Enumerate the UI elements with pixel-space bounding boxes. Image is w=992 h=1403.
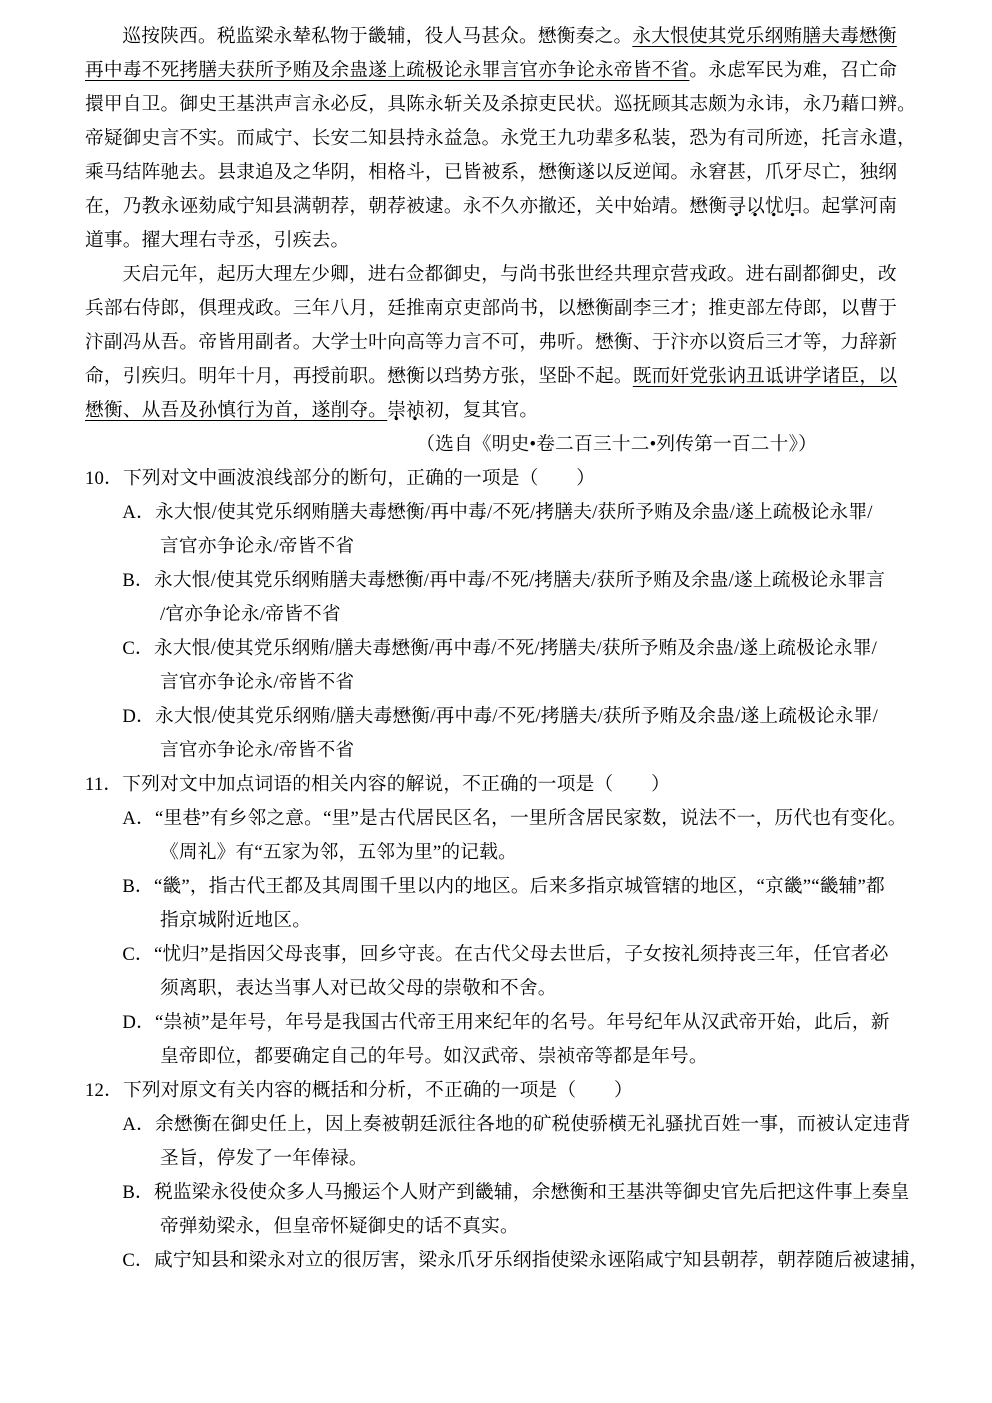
option-label: D． (122, 1012, 155, 1033)
document-page: 巡按陕西。税监梁永辇私物于畿辅，役人马甚众。懋衡奏之。永大恨使其党乐纲贿膳夫毒懋… (0, 0, 992, 1278)
q10-option-c: C．永大恨/使其党乐纲贿/膳夫毒懋衡/再中毒/不死/拷膳夫/获所予贿及余蛊/遂上… (85, 632, 912, 666)
text-segment: 初，复其官。 (425, 400, 538, 421)
question-12-stem: 12．下列对原文有关内容的概括和分析，不正确的一项是（ ） (85, 1074, 912, 1108)
text-segment: 。永虑军民为难，召亡命 (689, 60, 897, 81)
q12-option-b-cont: 帝弹劾梁永，但皇帝怀疑御史的话不真实。 (85, 1210, 912, 1244)
passage-line: 乘马结阵驰去。县隶追及之华阴，相格斗，已皆被系，懋衡遂以反逆闻。永窘甚，爪牙尽亡… (85, 156, 912, 190)
passage-line: 擐甲自卫。御史王基洪声言永必反，具陈永斩关及杀掠吏民状。巡抚顾其志颇为永讳，永乃… (85, 88, 912, 122)
text-segment: 擐甲自卫。御史王基洪声言永必反，具陈永斩关及杀掠吏民状。巡抚顾其志颇为永讳，永乃… (85, 94, 916, 115)
text-segment: 乘马结阵驰去。县隶追及之华阴，相格斗，已皆被系，懋衡遂以反逆闻。永窘甚，爪牙尽亡… (85, 162, 897, 183)
q11-option-b-cont: 指京城附近地区。 (85, 904, 912, 938)
option-text: 永大恨/使其党乐纲贿膳夫毒懋衡/再中毒/不死/拷膳夫/获所予贿及余蛊/遂上疏极论… (154, 570, 885, 591)
option-label: B． (122, 570, 154, 591)
passage-line: 帝疑御史言不实。而咸宁、长安二知县持永益急。永党王九功辈多私装，恐为有司所迹，托… (85, 122, 912, 156)
q12-option-c: C．咸宁知县和梁永对立的很厉害，梁永爪牙乐纲指使梁永诬陷咸宁知县朝荐，朝荐随后被… (85, 1244, 912, 1278)
option-text: 永大恨/使其党乐纲贿/膳夫毒懋衡/再中毒/不死/拷膳夫/获所予贿及余蛊/遂上疏极… (155, 706, 878, 727)
q10-option-a: A．永大恨/使其党乐纲贿膳夫毒懋衡/再中毒/不死/拷膳夫/获所予贿及余蛊/遂上疏… (85, 496, 912, 530)
option-label: A． (122, 808, 155, 829)
option-text: 余懋衡在御史任上，因上奏被朝廷派往各地的矿税使骄横无礼骚扰百姓一事，而被认定违背 (155, 1114, 911, 1135)
option-text: “祟祯”是年号，年号是我国古代帝王用来纪年的名号。年号纪年从汉武帝开始，此后，新 (155, 1012, 890, 1033)
option-label: B． (122, 876, 154, 897)
source-citation: （选自《明史•卷二百三十二•列传第一百二十》） (85, 428, 912, 462)
q11-option-d-cont: 皇帝即位，都要确定自己的年号。如汉武帝、崇祯帝等都是年号。 (85, 1040, 912, 1074)
passage-line: 命，引疾归。明年十月，再授前职。懋衡以珰势方张，坚卧不起。既而奸党张讷丑诋讲学诸… (85, 360, 912, 394)
q10-option-b: B．永大恨/使其党乐纲贿膳夫毒懋衡/再中毒/不死/拷膳夫/获所予贿及余蛊/遂上疏… (85, 564, 912, 598)
q11-option-c: C．“忧归”是指因父母丧事，回乡守丧。在古代父母去世后，子女按礼须持丧三年，任官… (85, 938, 912, 972)
passage-line: 天启元年，起历大理左少卿，进右佥都御史，与尚书张世经共理京营戎政。进右副都御史，… (85, 258, 912, 292)
option-label: A． (122, 1114, 155, 1135)
text-segment: 天启元年，起历大理左少卿，进右佥都御史，与尚书张世经共理京营戎政。进右副都御史，… (122, 264, 896, 285)
q12-option-a-cont: 圣旨，停发了一年俸禄。 (85, 1142, 912, 1176)
question-text: 下列对文中加点词语的相关内容的解说，不正确的一项是（ ） (122, 774, 670, 795)
option-text: 圣旨，停发了一年俸禄。 (160, 1148, 368, 1169)
text-segment: 汴副冯从吾。帝皆用副者。大学士叶向高等力言不可，弗听。懋衡、于汴亦以资后三才等，… (85, 332, 897, 353)
question-text: 下列对原文有关内容的概括和分析，不正确的一项是（ ） (123, 1080, 633, 1101)
text-segment: 道事。擢大理右寺丞，引疾去。 (85, 230, 349, 251)
q11-option-d: D．“祟祯”是年号，年号是我国古代帝王用来纪年的名号。年号纪年从汉武帝开始，此后… (85, 1006, 912, 1040)
q10-option-c-cont: 言官亦争论永/帝皆不省 (85, 666, 912, 700)
q10-option-d-cont: 言官亦争论永/帝皆不省 (85, 734, 912, 768)
q12-option-b: B．税监梁永役使众多人马搬运个人财产到畿辅，余懋衡和王基洪等御史官先后把这件事上… (85, 1176, 912, 1210)
option-text: “畿”，指古代王都及其周围千里以内的地区。后来多指京城管辖的地区，“京畿”“畿辅… (154, 876, 885, 897)
option-label: C． (122, 1250, 154, 1271)
option-text: 帝弹劾梁永，但皇帝怀疑御史的话不真实。 (160, 1216, 519, 1237)
option-text: 指京城附近地区。 (160, 910, 311, 931)
emphasized-word-segment: 崇祯 (387, 400, 425, 421)
passage-line: 汴副冯从吾。帝皆用副者。大学士叶向高等力言不可，弗听。懋衡、于汴亦以资后三才等，… (85, 326, 912, 360)
underlined-segment: 既而奸党张讷丑诋讲学诸臣，以 (633, 366, 897, 387)
passage-line: 兵部右侍郎，俱理戎政。三年八月，廷推南京吏部尚书，以懋衡副李三才；推吏部左侍郎，… (85, 292, 912, 326)
text-segment: 。起掌河南 (803, 196, 897, 217)
option-text: /官亦争论永/帝皆不省 (160, 604, 341, 625)
q11-option-b: B．“畿”，指古代王都及其周围千里以内的地区。后来多指京城管辖的地区，“京畿”“… (85, 870, 912, 904)
option-text: 言官亦争论永/帝皆不省 (160, 536, 354, 557)
question-text: 下列对文中画波浪线部分的断句，正确的一项是（ ） (123, 468, 595, 489)
option-text: “忧归”是指因父母丧事，回乡守丧。在古代父母去世后，子女按礼须持丧三年，任官者必 (154, 944, 889, 965)
passage-line: 道事。擢大理右寺丞，引疾去。 (85, 224, 912, 258)
option-label: B． (122, 1182, 154, 1203)
q10-option-d: D．永大恨/使其党乐纲贿/膳夫毒懋衡/再中毒/不死/拷膳夫/获所予贿及余蛊/遂上… (85, 700, 912, 734)
text-segment: 在，乃教永诬劾咸宁知县满朝荐，朝荐被逮。永不久亦撤还，关中始靖。懋衡 (85, 196, 727, 217)
option-label: A． (122, 502, 155, 523)
q11-option-a-cont: 《周礼》有“五家为邻，五邻为里”的记载。 (85, 836, 912, 870)
option-text: “里巷”有乡邻之意。“里”是古代居民区名，一里所含居民家数，说法不一，历代也有变… (155, 808, 907, 829)
q11-option-c-cont: 须离职，表达当事人对已故父母的崇敬和不舍。 (85, 972, 912, 1006)
option-text: 永大恨/使其党乐纲贿/膳夫毒懋衡/再中毒/不死/拷膳夫/获所予贿及余蛊/遂上疏极… (154, 638, 877, 659)
text-segment: 命，引疾归。明年十月，再授前职。懋衡以珰势方张，坚卧不起。 (85, 366, 633, 387)
q10-option-a-cont: 言官亦争论永/帝皆不省 (85, 530, 912, 564)
option-text: 皇帝即位，都要确定自己的年号。如汉武帝、崇祯帝等都是年号。 (160, 1046, 708, 1067)
option-label: C． (122, 944, 154, 965)
text-segment: （选自《明史•卷二百三十二•列传第一百二十》） (416, 434, 817, 455)
option-text: 永大恨/使其党乐纲贿膳夫毒懋衡/再中毒/不死/拷膳夫/获所予贿及余蛊/遂上疏极论… (155, 502, 873, 523)
q11-option-a: A．“里巷”有乡邻之意。“里”是古代居民区名，一里所含居民家数，说法不一，历代也… (85, 802, 912, 836)
option-text: 咸宁知县和梁永对立的很厉害，梁永爪牙乐纲指使梁永诬陷咸宁知县朝荐，朝荐随后被逮捕… (154, 1250, 928, 1271)
question-10-stem: 10．下列对文中画波浪线部分的断句，正确的一项是（ ） (85, 462, 912, 496)
option-label: C． (122, 638, 154, 659)
passage-line: 巡按陕西。税监梁永辇私物于畿辅，役人马甚众。懋衡奏之。永大恨使其党乐纲贿膳夫毒懋… (85, 20, 912, 54)
wavy-underlined-segment: 永大恨使其党乐纲贿膳夫毒懋衡 (632, 26, 896, 47)
q10-option-b-cont: /官亦争论永/帝皆不省 (85, 598, 912, 632)
emphasized-word-segment: 寻以忧归 (727, 196, 803, 217)
text-segment: 巡按陕西。税监梁永辇私物于畿辅，役人马甚众。懋衡奏之。 (122, 26, 632, 47)
wavy-underlined-segment: 再中毒不死拷膳夫获所予贿及余蛊遂上疏极论永罪言官亦争论永帝皆不省 (85, 60, 689, 81)
option-text: 《周礼》有“五家为邻，五邻为里”的记载。 (160, 842, 517, 863)
question-11-stem: 11．下列对文中加点词语的相关内容的解说，不正确的一项是（ ） (85, 768, 912, 802)
question-number: 12． (85, 1080, 123, 1101)
text-segment: 兵部右侍郎，俱理戎政。三年八月，廷推南京吏部尚书，以懋衡副李三才；推吏部左侍郎，… (85, 298, 897, 319)
passage-line: 懋衡、从吾及孙慎行为首，遂削夺。崇祯初，复其官。 (85, 394, 912, 428)
q12-option-a: A．余懋衡在御史任上，因上奏被朝廷派往各地的矿税使骄横无礼骚扰百姓一事，而被认定… (85, 1108, 912, 1142)
option-label: D． (122, 706, 155, 727)
question-number: 10． (85, 468, 123, 489)
text-segment: 帝疑御史言不实。而咸宁、长安二知县持永益急。永党王九功辈多私装，恐为有司所迹，托… (85, 128, 916, 149)
option-text: 言官亦争论永/帝皆不省 (160, 740, 354, 761)
option-text: 税监梁永役使众多人马搬运个人财产到畿辅，余懋衡和王基洪等御史官先后把这件事上奏皇 (154, 1182, 910, 1203)
question-number: 11． (85, 774, 122, 795)
passage-line: 在，乃教永诬劾咸宁知县满朝荐，朝荐被逮。永不久亦撤还，关中始靖。懋衡寻以忧归。起… (85, 190, 912, 224)
underlined-segment: 懋衡、从吾及孙慎行为首，遂削夺。 (85, 400, 387, 421)
passage-line: 再中毒不死拷膳夫获所予贿及余蛊遂上疏极论永罪言官亦争论永帝皆不省。永虑军民为难，… (85, 54, 912, 88)
option-text: 须离职，表达当事人对已故父母的崇敬和不舍。 (160, 978, 557, 999)
option-text: 言官亦争论永/帝皆不省 (160, 672, 354, 693)
